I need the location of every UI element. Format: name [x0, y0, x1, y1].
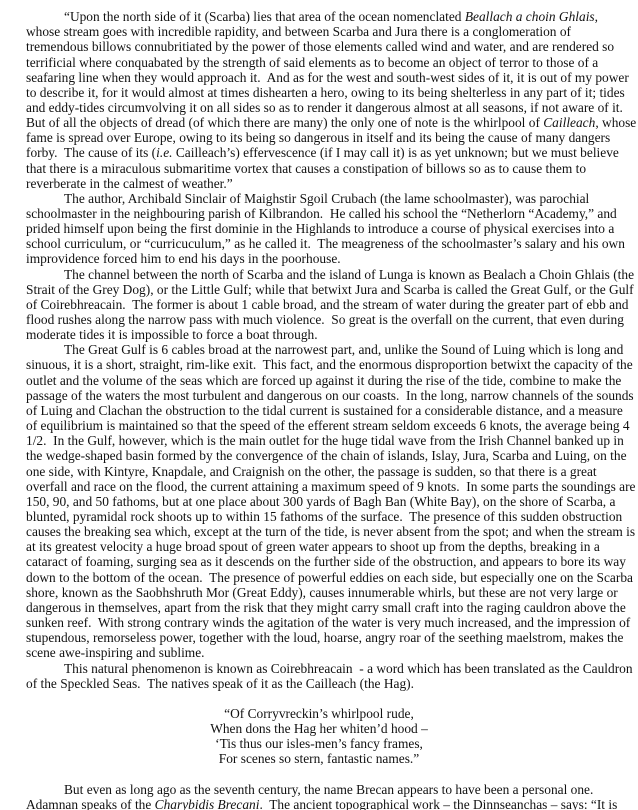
text-run: dangerous in themselves, apart from the … [26, 600, 626, 615]
text-run: improvidence forced him to end his days … [26, 251, 341, 266]
text-run: . The ancient topographical work – the D… [259, 797, 617, 810]
text-run: and eddy-tides circumvolving it on all s… [26, 100, 623, 115]
text-line: moderate tides it is impossible to force… [26, 327, 318, 342]
text-run: schoolmaster in the neighbouring parish … [26, 206, 617, 221]
text-run: blunted, pyramidal rock shoots up to wit… [26, 509, 622, 524]
text-run: down to the bottom of the ocean. The pre… [26, 570, 633, 585]
text-run: “Of Corryvreckin’s whirlpool rude, [224, 706, 414, 721]
verse-line: For scenes so stern, fantastic names.” [0, 751, 638, 766]
text-line: terrificial where conquabated by the str… [26, 55, 598, 70]
text-run: fame is spread over Europe, owing to its… [26, 130, 610, 145]
text-run: reverberate in the calmest of weather.” [26, 176, 233, 191]
text-run: of equilibrium is maintained so that the… [26, 418, 630, 433]
text-run: of the Speckled Seas. The natives speak … [26, 676, 414, 691]
text-run: causes the breaking sea which, except at… [26, 524, 635, 539]
text-line: Strait of the Grey Dog), or the Little G… [26, 282, 634, 297]
italic-text: Charybidis Brecani [155, 797, 260, 810]
text-run: flood rushes along the narrow pass with … [26, 312, 624, 327]
text-line: fame is spread over Europe, owing to its… [26, 130, 610, 145]
text-line: of equilibrium is maintained so that the… [26, 418, 630, 433]
text-run: tremendous billows connubritiated by the… [26, 39, 614, 54]
verse-line: “Of Corryvreckin’s whirlpool rude, [0, 706, 638, 721]
text-run: scene awe-inspiring and sublime. [26, 645, 205, 660]
text-run: that there is a miraculous submaritime v… [26, 161, 586, 176]
text-run: , [595, 9, 598, 24]
italic-text: Beallach a choin Ghlais [465, 9, 595, 24]
text-line: shore, known as the Saobhshruth Mor (Gre… [26, 585, 618, 600]
text-run: , whose [595, 115, 636, 130]
text-line: of Luing and Clachan the obstruction to … [26, 403, 623, 418]
text-run: “Upon the north side of it (Scarba) lies… [64, 9, 465, 24]
text-run: Cailleach’s) effervescence (if I may cal… [173, 145, 619, 160]
text-line: the wedge-shaped basin formed by the con… [26, 448, 627, 463]
text-run: prided himself upon being the first domi… [26, 221, 614, 236]
italic-text: i.e. [156, 145, 172, 160]
verse-line: When dons the Hag her whiten’d hood – [0, 721, 638, 736]
text-run: The Great Gulf is 6 cables broad at the … [64, 342, 623, 357]
text-run: For scenes so stern, fantastic names.” [219, 751, 419, 766]
text-run: one side, with Kintyre, Knapdale, and Cr… [26, 464, 597, 479]
text-line: flood rushes along the narrow pass with … [26, 312, 624, 327]
text-run: The author, Archibald Sinclair of Maighs… [64, 191, 589, 206]
text-line: of the Speckled Seas. The natives speak … [26, 676, 414, 691]
text-line: sinuous, it is a short, straight, rim-li… [26, 357, 633, 372]
text-line: dangerous in themselves, apart from the … [26, 600, 626, 615]
text-line: But even as long ago as the seventh cent… [64, 782, 593, 797]
text-run: But of all the objects of dread (of whic… [26, 115, 543, 130]
text-run: terrificial where conquabated by the str… [26, 55, 598, 70]
text-run: ‘Tis thus our isles-men’s fancy frames, [215, 736, 423, 751]
text-run: The channel between the north of Scarba … [64, 267, 634, 282]
text-line: whose stream goes with incredible rapidi… [26, 24, 571, 39]
text-run: overfall and race on the flood, the curr… [26, 479, 635, 494]
verse-line: ‘Tis thus our isles-men’s fancy frames, [0, 736, 638, 751]
text-line: one side, with Kintyre, Knapdale, and Cr… [26, 464, 597, 479]
text-line: 1/2. In the Gulf, however, which is the … [26, 433, 624, 448]
text-line: passage of the waters the most turbulent… [26, 388, 634, 403]
text-line: to describe it, for it would almost at t… [26, 85, 625, 100]
text-run: 1/2. In the Gulf, however, which is the … [26, 433, 624, 448]
text-run: shore, known as the Saobhshruth Mor (Gre… [26, 585, 618, 600]
text-line: outlet and the volume of the seas which … [26, 373, 621, 388]
text-run: But even as long ago as the seventh cent… [64, 782, 593, 797]
text-line: The author, Archibald Sinclair of Maighs… [64, 191, 589, 206]
text-line: stupendous, remorseless power, together … [26, 630, 623, 645]
text-line: at its greatest velocity a huge broad sp… [26, 539, 600, 554]
text-line: forby. The cause of its (i.e. Cailleach’… [26, 145, 619, 160]
text-line: cataract of foaming, surging sea as it d… [26, 554, 626, 569]
text-run: sunken reef. With strong contrary winds … [26, 615, 630, 630]
text-run: outlet and the volume of the seas which … [26, 373, 621, 388]
document-page: “Upon the north side of it (Scarba) lies… [0, 0, 638, 810]
text-run: the wedge-shaped basin formed by the con… [26, 448, 627, 463]
text-line: improvidence forced him to end his days … [26, 251, 341, 266]
text-run: moderate tides it is impossible to force… [26, 327, 318, 342]
text-run: When dons the Hag her whiten’d hood – [210, 721, 428, 736]
text-run: cataract of foaming, surging sea as it d… [26, 554, 626, 569]
text-run: seafaring line when they would approach … [26, 70, 629, 85]
text-line: school curriculum, or “curricuculum,” as… [26, 236, 625, 251]
text-line: overfall and race on the flood, the curr… [26, 479, 635, 494]
text-line: blunted, pyramidal rock shoots up to wit… [26, 509, 622, 524]
text-line: causes the breaking sea which, except at… [26, 524, 635, 539]
text-line: reverberate in the calmest of weather.” [26, 176, 233, 191]
text-line: But of all the objects of dread (of whic… [26, 115, 636, 130]
text-line: prided himself upon being the first domi… [26, 221, 614, 236]
text-run: school curriculum, or “curricuculum,” as… [26, 236, 625, 251]
italic-text: Cailleach [543, 115, 595, 130]
text-run: sinuous, it is a short, straight, rim-li… [26, 357, 633, 372]
text-run: of Luing and Clachan the obstruction to … [26, 403, 623, 418]
text-line: and eddy-tides circumvolving it on all s… [26, 100, 623, 115]
text-line: of Coirebhreacain. The former is about 1… [26, 297, 628, 312]
text-line: scene awe-inspiring and sublime. [26, 645, 205, 660]
text-line: down to the bottom of the ocean. The pre… [26, 570, 633, 585]
text-line: tremendous billows connubritiated by the… [26, 39, 614, 54]
text-line: “Upon the north side of it (Scarba) lies… [64, 9, 598, 24]
text-run: forby. The cause of its ( [26, 145, 156, 160]
text-line: The channel between the north of Scarba … [64, 267, 634, 282]
text-run: Adamnan speaks of the [26, 797, 155, 810]
text-run: passage of the waters the most turbulent… [26, 388, 634, 403]
text-run: of Coirebhreacain. The former is about 1… [26, 297, 628, 312]
text-line: that there is a miraculous submaritime v… [26, 161, 586, 176]
text-line: The Great Gulf is 6 cables broad at the … [64, 342, 623, 357]
text-run: Strait of the Grey Dog), or the Little G… [26, 282, 634, 297]
text-line: seafaring line when they would approach … [26, 70, 629, 85]
text-run: to describe it, for it would almost at t… [26, 85, 625, 100]
text-line: schoolmaster in the neighbouring parish … [26, 206, 617, 221]
text-run: 150, 90, and 50 fathoms, but at one plac… [26, 494, 615, 509]
text-run: whose stream goes with incredible rapidi… [26, 24, 571, 39]
text-line: Adamnan speaks of the Charybidis Brecani… [26, 797, 617, 810]
text-line: 150, 90, and 50 fathoms, but at one plac… [26, 494, 615, 509]
text-line: This natural phenomenon is known as Coir… [64, 661, 633, 676]
text-run: stupendous, remorseless power, together … [26, 630, 623, 645]
text-run: This natural phenomenon is known as Coir… [64, 661, 633, 676]
text-run: at its greatest velocity a huge broad sp… [26, 539, 600, 554]
text-line: sunken reef. With strong contrary winds … [26, 615, 630, 630]
